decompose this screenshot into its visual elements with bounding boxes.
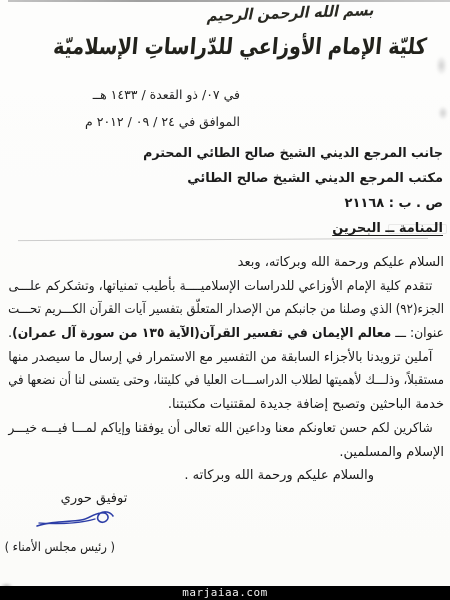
- signature-title: ( رئيس مجلس الأمناء ): [14, 539, 115, 554]
- recipient-line-2: مكتب المرجع الديني الشيخ صالح الطائي: [143, 166, 443, 191]
- recipient-line-1: جانب المرجع الديني الشيخ صالح الطائي الم…: [152, 141, 443, 166]
- scan-smudge: [438, 106, 448, 120]
- body-line-4: آملين تزويدنا بالأجزاء السابقة من التفسي…: [22, 346, 444, 370]
- body-line-1: تتقدم كلية الإمام الأوزاعي للدراسات الإس…: [23, 275, 444, 299]
- body-line-7: شاكرين لكم حسن تعاونكم معنا وداعين الله …: [35, 417, 444, 441]
- college-name-calligraphy: كليّة الإمام الأوزاعي للدّراساتِ الإسلام…: [45, 34, 435, 60]
- scan-edge-streak: [8, 0, 450, 2]
- salutation-line: السلام عليكم ورحمة الله وبركاته، وبعد: [8, 251, 444, 275]
- body-line-2: الجزء(٩٢) الذي وصلنا من جانبكم من الإصدا…: [50, 298, 444, 322]
- body-line-3: عنوان: ـــ معالم الإيمان في تفسير القرآن…: [31, 322, 444, 346]
- watermark-text: marjaiaa.com: [0, 586, 450, 600]
- body-line-5: مستقبلاً، وذلـــك لأهميتها لطلاب الدراسـ…: [51, 369, 444, 393]
- footer-bar: marjaiaa.com: [0, 586, 450, 600]
- recipient-location: المنامة ــ البحرين: [143, 216, 443, 241]
- hijri-date: في ٠٧/ ذو القعدة / ١٤٣٣ هــ: [25, 81, 240, 108]
- recipient-po-box: ص . ب : ٢١١٦٨: [143, 191, 443, 216]
- title-prefix: عنوان: ـــ: [391, 326, 444, 341]
- letter-body: السلام عليكم ورحمة الله وبركاته، وبعد تت…: [8, 251, 444, 488]
- date-block: في ٠٧/ ذو القعدة / ١٤٣٣ هــ الموافق في ٢…: [25, 81, 240, 135]
- scanned-letter-page: بسم الله الرحمن الرحيم كليّة الإمام الأو…: [0, 0, 450, 600]
- body-line-8: الإسلام والمسلمين.: [8, 441, 444, 465]
- body-line-6: خدمة الباحثين وتصبح إضافة جديدة لمقتنيات…: [8, 393, 444, 417]
- basmala-calligraphy: بسم الله الرحمن الرحيم: [244, 2, 377, 24]
- gregorian-date: الموافق في ٢٤ / ٠٩ / ٢٠١٢ م: [25, 108, 240, 135]
- book-title-bold: معالم الإيمان في تفسير القرآن(الآية ١٣٥ …: [12, 326, 391, 341]
- recipient-block: جانب المرجع الديني الشيخ صالح الطائي الم…: [143, 141, 443, 241]
- closing-line: والسلام عليكم ورحمة الله وبركاته .: [8, 464, 444, 488]
- signature-ink-scribble: [33, 507, 123, 535]
- scan-smudge: [436, 56, 447, 75]
- signature-name: توفيق حوري: [46, 491, 142, 506]
